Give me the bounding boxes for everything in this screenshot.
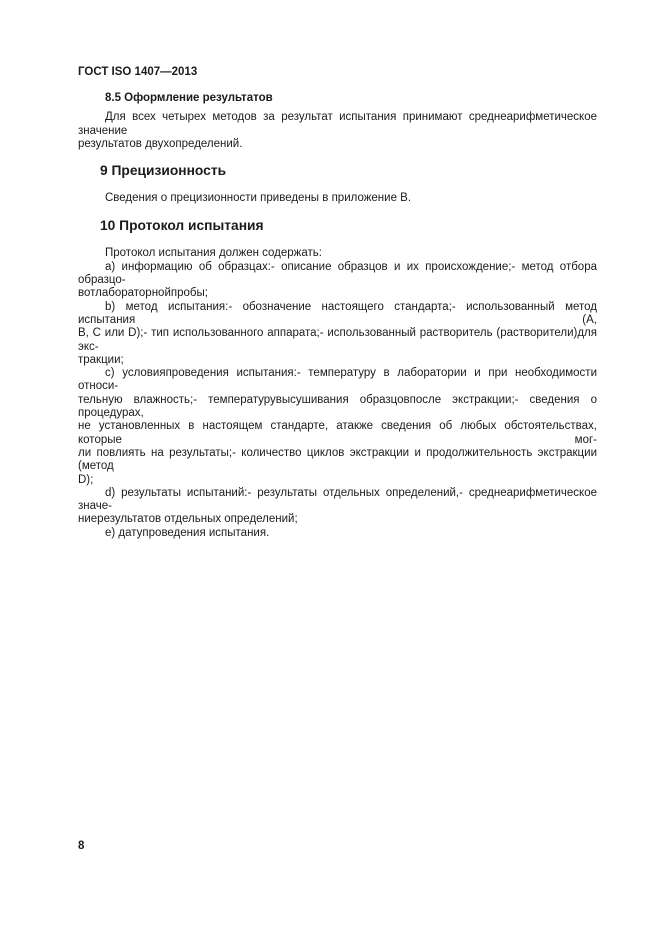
text-line: тракции; <box>78 354 597 367</box>
section-10-list-item-c: c) условияпроведения испытания:- темпера… <box>78 367 597 487</box>
text-line: c) условияпроведения испытания:- темпера… <box>78 367 597 394</box>
text-line: Сведения о прецизионности приведены в пр… <box>78 192 597 205</box>
section-10-list-item-b: b) метод испытания:- обозначение настоящ… <box>78 301 597 367</box>
text-line: B, C или D);- тип использованного аппара… <box>78 327 597 354</box>
text-line: не установленных в настоящем стандарте, … <box>78 420 597 447</box>
text-line: ниерезультатов отдельных определений; <box>78 513 597 526</box>
text-line: тельную влажность;- температурувысушиван… <box>78 394 597 421</box>
section-10-intro-paragraph: Протокол испытания должен содержать: <box>78 247 597 260</box>
section-10-list-item-e: e) датупроведения испытания. <box>78 527 597 540</box>
section-10-heading: 10 Протокол испытания <box>78 217 597 234</box>
page-number: 8 <box>78 840 84 853</box>
text-line: Для всех четырех методов за результат ис… <box>78 111 597 138</box>
text-line: d) результаты испытаний:- результаты отд… <box>78 487 597 514</box>
text-line: e) датупроведения испытания. <box>78 527 597 540</box>
text-line: ли повлиять на результаты;- количество ц… <box>78 447 597 474</box>
section-9-heading: 9 Прецизионность <box>78 162 597 179</box>
text-line: Протокол испытания должен содержать: <box>78 247 597 260</box>
section-9-paragraph: Сведения о прецизионности приведены в пр… <box>78 192 597 205</box>
text-line: D); <box>78 474 597 487</box>
section-10-list-item-a: a) информацию об образцах:- описание обр… <box>78 261 597 301</box>
text-line: a) информацию об образцах:- описание обр… <box>78 261 597 288</box>
text-line: b) метод испытания:- обозначение настоящ… <box>78 301 597 328</box>
section-10-list-item-d: d) результаты испытаний:- результаты отд… <box>78 487 597 527</box>
section-8-5-heading: 8.5 Оформление результатов <box>78 92 597 105</box>
section-8-5-paragraph: Для всех четырех методов за результат ис… <box>78 111 597 151</box>
text-line: результатов двухопределений. <box>78 138 597 151</box>
text-line: вотлабораторнойпробы; <box>78 287 597 300</box>
document-header-standard-designation: ГОСТ ISO 1407—2013 <box>78 66 597 79</box>
document-page: ГОСТ ISO 1407—2013 8.5 Оформление резуль… <box>0 0 661 936</box>
